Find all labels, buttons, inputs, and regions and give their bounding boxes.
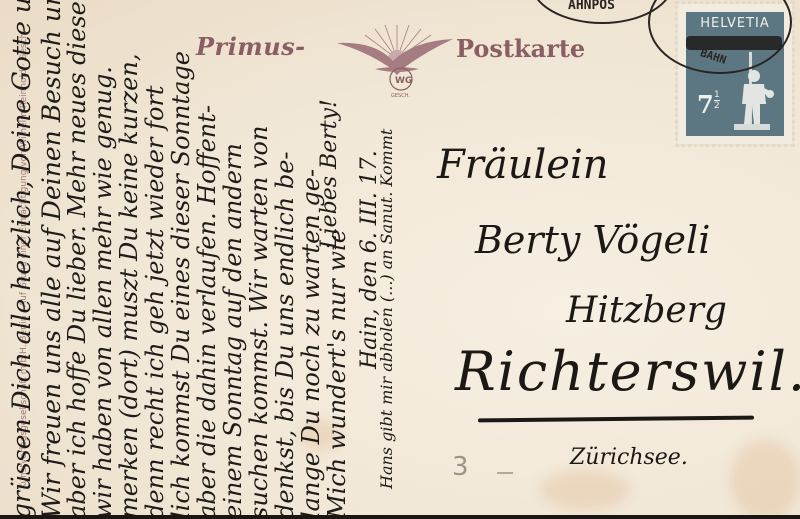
message-line: lich kommst Du eines dieser Sonntage [167,51,195,515]
eagle-sunburst-icon: WG [335,25,455,97]
address-street: Hitzberg [566,290,727,331]
message-line: suchen kommst. Wir warten von [245,126,273,515]
message-line: merken (dort) muszt Du keine kurzen, [115,54,143,515]
message-line: aber die dahin verlaufen. Hoffent- [193,105,221,515]
pencil-number: 3 [452,452,469,482]
message-line: Wir freuen uns alle auf Deinen Besuch un… [37,0,66,515]
address-salutation: Fräulein [437,142,609,188]
paper-stain [540,470,630,510]
stamp-value: 7 [697,90,714,119]
svg-text:WG: WG [395,76,412,86]
address-name: Berty Vögeli [475,218,710,262]
message-line: aber ich hoffe Du lieber. Mehr neues die… [63,1,91,515]
pencil-dash [497,472,513,474]
city-underline [478,416,754,423]
address-city: Richterswil. [455,340,800,403]
message-line: denkst, bis Du uns endlich be- [271,151,299,515]
message-margin-note: Hans gibt mir abholen (...) an Sanut. Ko… [377,129,396,489]
message-greeting: Liebes Berty! [317,99,342,249]
stamp-fraction: 1 2 [714,90,720,111]
message-line: Mich wundert's nur wie [323,229,351,515]
postmark-cancel-bar [686,36,782,50]
message-line: grüssen Dich alle herzlich, Deine Gotte … [7,0,36,515]
postkarte-title: Postkarte [456,34,585,63]
message-line: denn recht ich geh jetzt wieder fort [141,85,169,515]
address-region: Zürichsee. [570,445,688,470]
message-line: einem Sonntag auf den andern [219,143,247,515]
postmark-text: AHNPOS [568,0,615,13]
paper-stain [730,440,800,515]
message-line: wir haben von allen mehr wie genug. [89,66,117,515]
postcard: Kunstverlagsgesellschaft m.b.H. Berlin ·… [0,0,800,515]
logo-registered-mark: GESCH. [391,93,410,99]
brand-primus: Primus- [196,32,306,61]
